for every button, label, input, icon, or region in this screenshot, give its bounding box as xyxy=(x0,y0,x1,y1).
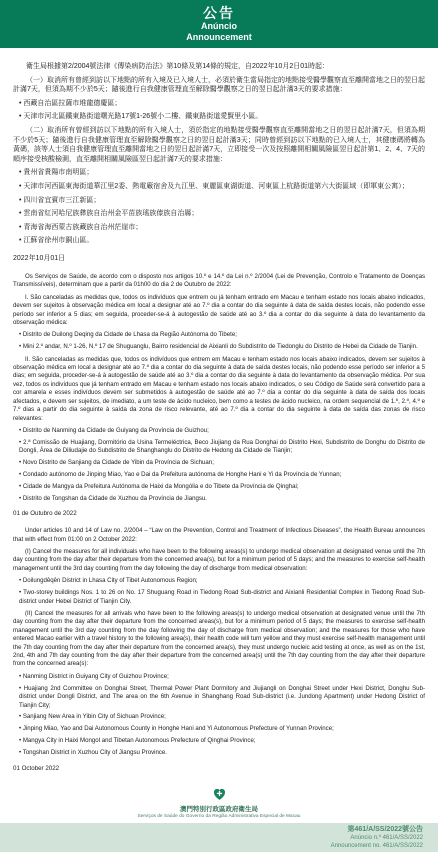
measure-2-paragraph-en: (II) Cancel the measures for all arrival… xyxy=(13,610,425,669)
location-list-item: • Novo Distrito de Sanjiang da Cidade de… xyxy=(19,459,425,467)
measure-1-paragraph-en: (I) Cancel the measures for all individu… xyxy=(13,548,425,573)
section-english: Under articles 10 and 14 of Law no. 2/20… xyxy=(13,527,425,771)
location-list-item: • Distrito de Nanming da Cidade de Guiya… xyxy=(19,427,425,435)
announcement-number-en: Announcement no. 461/A/SS/2022 xyxy=(0,842,423,850)
location-list-item: • 2.ª Comissão de Huajiang, Dormitório d… xyxy=(19,439,425,456)
location-list-item: • Condado autónomo de Jinping Miao, Yao … xyxy=(19,471,425,479)
date-en: 01 October 2022 xyxy=(13,765,425,772)
intro-paragraph-pt: Os Serviços de Saúde, de acordo com o di… xyxy=(13,273,425,290)
location-list-item: • 貴州省貴陽市南明區； xyxy=(19,168,425,178)
location-list-item: • Sanjiang New Area in Yibin City of Sic… xyxy=(19,713,425,721)
measure-1-paragraph-pt: I. São canceladas as medidas que, todos … xyxy=(13,294,425,328)
header-banner: 公告 Anúncio Announcement xyxy=(0,0,438,48)
announcement-page: 公告 Anúncio Announcement 衛生局根據第2/2004號法律《… xyxy=(0,0,438,852)
intro-paragraph-zh: 衛生局根據第2/2004號法律《傳染病防治法》第10條及第14條的規定，自202… xyxy=(13,62,425,72)
location-list-item: • Nanming District in Guiyang City of Gu… xyxy=(19,673,425,681)
location-list-item: • 雲南省紅河哈尼族彝族自治州金平苗族瑤族傣族自治縣； xyxy=(19,209,425,219)
measure-1-locations-zh: • 西藏自治區拉薩市堆龍德慶區；• 天津市河北區鐵東路街道曙光路17號1-26號… xyxy=(13,99,425,122)
measure-1-locations-pt: • Distrito de Duilong Deqing da Cidade d… xyxy=(13,331,425,351)
page-title-en: Announcement xyxy=(0,32,438,43)
measure-1-paragraph-zh: （一）取消所有曾經到訪以下地點的所有入境及已入境人士，必須於衛生當局指定的地點接… xyxy=(13,76,425,95)
location-list-item: • 天津市河西區東海街道華江里2委、熱電廠宿舍及九江里、東麗區東湖街道、河東區上… xyxy=(19,182,425,192)
measure-2-locations-en: • Nanming District in Guiyang City of Gu… xyxy=(13,673,425,758)
page-title-zh: 公告 xyxy=(0,6,438,21)
announcement-number-zh: 第461/A/SS/2022號公告 xyxy=(0,826,423,834)
location-list-item: • Huajiang 2nd Committee on Donghai Stre… xyxy=(19,685,425,710)
measure-2-locations-pt: • Distrito de Nanming da Cidade de Guiya… xyxy=(13,427,425,503)
measure-1-locations-en: • Doilungdêqên District in Lhasa City of… xyxy=(13,577,425,606)
reference-footer-bar: 第461/A/SS/2022號公告 Anúncio n.º 461/A/SS/2… xyxy=(0,823,438,852)
measure-2-locations-zh: • 貴州省貴陽市南明區；• 天津市河西區東海街道華江里2委、熱電廠宿舍及九江里、… xyxy=(13,168,425,246)
date-pt: 01 de Outubro de 2022 xyxy=(13,510,425,517)
announcement-body: 衛生局根據第2/2004號法律《傳染病防治法》第10條及第14條的規定，自202… xyxy=(0,48,438,772)
location-list-item: • Distrito de Duilong Deqing da Cidade d… xyxy=(19,331,425,339)
location-list-item: • Cidade de Mangya da Prefeitura Autónom… xyxy=(19,483,425,491)
announcement-number-pt: Anúncio n.º 461/A/SS/2022 xyxy=(0,834,423,842)
page-title-pt: Anúncio xyxy=(0,21,438,32)
location-list-item: • Mangya City in Haixi Mongol and Tibeta… xyxy=(19,737,425,745)
measure-2-paragraph-pt: II. São canceladas as medidas que, todos… xyxy=(13,356,425,423)
section-chinese: 衛生局根據第2/2004號法律《傳染病防治法》第10條及第14條的規定，自202… xyxy=(13,62,425,263)
location-list-item: • Jinping Miao, Yao and Dai Autonomous C… xyxy=(19,725,425,733)
location-list-item: • Tongshan District in Xuzhou City of Ji… xyxy=(19,749,425,757)
section-portuguese: Os Serviços de Saúde, de acordo com o di… xyxy=(13,273,425,517)
location-list-item: • 江蘇省徐州市銅山區。 xyxy=(19,236,425,246)
org-name-pt: Serviços de Saúde do Governo da Região A… xyxy=(0,814,438,820)
location-list-item: • Doilungdêqên District in Lhasa City of… xyxy=(19,577,425,585)
org-name-zh: 澳門特別行政區政府衛生局 xyxy=(0,806,438,814)
location-list-item: • Distrito de Tongshan da Cidade de Xuzh… xyxy=(19,495,425,503)
location-list-item: • 西藏自治區拉薩市堆龍德慶區； xyxy=(19,99,425,109)
location-list-item: • 青海省海西蒙古族藏族自治州茫崖市； xyxy=(19,223,425,233)
location-list-item: • Two-storey buildings Nos. 1 to 26 on N… xyxy=(19,589,425,606)
issuer-block: 澳門特別行政區政府衛生局 Serviços de Saúde do Govern… xyxy=(0,787,438,823)
location-list-item: • Mini 2.º andar, N.º 1-26, N.º 17 de Sh… xyxy=(19,343,425,351)
location-list-item: • 天津市河北區鐵東路街道曙光路17號1-26號小二樓、鐵東路街道愛賢里小區。 xyxy=(19,112,425,122)
measure-2-paragraph-zh: （二）取消所有曾經到訪以下地點的所有入境人士，須於指定的地點接受醫學觀察直至離開… xyxy=(13,126,425,164)
intro-paragraph-en: Under articles 10 and 14 of Law no. 2/20… xyxy=(13,527,425,544)
location-list-item: • 四川省宜賓市三江新區； xyxy=(19,196,425,206)
date-zh: 2022年10月01日 xyxy=(13,253,425,263)
health-bureau-logo-icon xyxy=(212,787,227,801)
